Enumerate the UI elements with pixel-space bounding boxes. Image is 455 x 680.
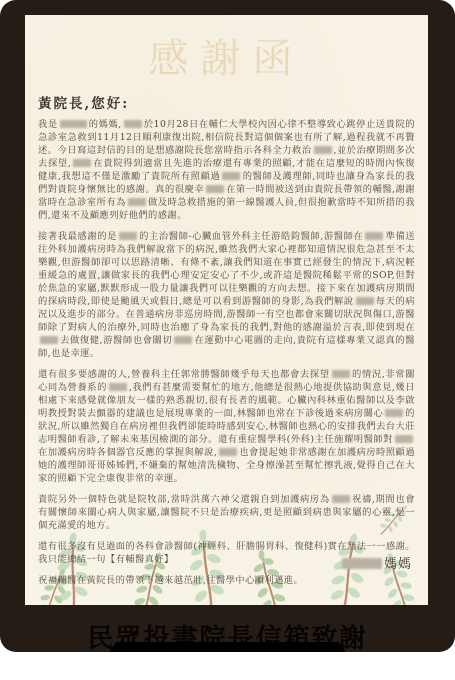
redacted-name [314, 146, 332, 154]
redacted-name [73, 159, 91, 167]
letter-paragraph: 接著我最感謝的是的主治醫師-心臟血管外科主任游皓鈞醫師,游醫師在準備送往外科加護… [38, 230, 415, 360]
signature-label: 媽媽 [384, 557, 412, 572]
redacted-name [365, 232, 383, 240]
letter-signature: 媽媽 [340, 553, 412, 572]
redacted-name [128, 198, 146, 206]
redacted-name [332, 370, 350, 378]
redacted-name [174, 336, 192, 344]
redacted-name [206, 185, 224, 193]
letter-paragraph: 祝福輔醫在黃院長的帶領下越來越茁壯,往醫學中心順利邁進。 [38, 574, 415, 587]
letter-card-background: 感謝函 黃院長,您好: 我是的媽媽,於10月28日在輔仁大學校內因心律不整導致心… [0, 0, 455, 652]
letter-paragraph: 貴院另外一個特色就是院牧部,當時洪萬六神父還親自到加護病房為祝禱,期間也會有關懷… [38, 493, 415, 532]
redacted-name [109, 383, 127, 391]
redacted-signature-name [342, 558, 382, 569]
redacted-name [119, 232, 137, 240]
redacted-name [40, 336, 58, 344]
redacted-name [60, 120, 87, 128]
redacted-name [395, 435, 413, 443]
redacted-name [385, 409, 403, 417]
redacted-name [219, 448, 237, 456]
redacted-name [222, 172, 240, 180]
letter-paragraph: 還有很多要感謝的人,營養科主任郭常勝醫師幾乎每天也都會去探望的情況,非常關心同為… [38, 368, 415, 485]
bottom-caption-area: 民眾投書院長信箱致謝 [0, 618, 455, 652]
letter-title: 感謝函 [25, 27, 428, 84]
caption-shadow-shape [107, 642, 349, 652]
redacted-name [356, 297, 374, 305]
letter-body: 我是的媽媽,於10月28日在輔仁大學校內因心律不整導致心跳停止送貴院的急診室急救… [38, 118, 415, 587]
redacted-name [332, 495, 350, 503]
redacted-name [124, 120, 142, 128]
letter-salutation: 黃院長,您好: [38, 92, 415, 112]
thank-you-letter-paper: 感謝函 黃院長,您好: 我是的媽媽,於10月28日在輔仁大學校內因心律不整導致心… [25, 15, 428, 605]
letter-paragraph: 我是的媽媽,於10月28日在輔仁大學校內因心律不整導致心跳停止送貴院的急診室急救… [38, 118, 415, 222]
